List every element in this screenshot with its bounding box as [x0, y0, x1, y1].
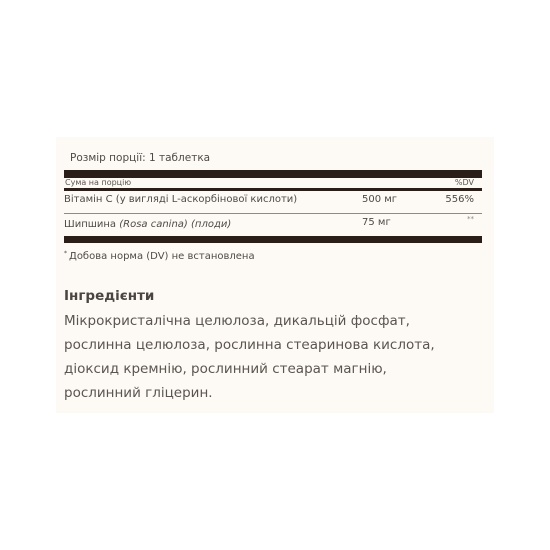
nutrient-name: Вітамін C (у вигляді L-аскорбінової кисл…	[64, 194, 297, 205]
thick-rule	[64, 236, 482, 243]
serving-size: Розмір порції: 1 таблетка	[70, 152, 210, 164]
footnote: *Добова норма (DV) не встановлена	[64, 251, 255, 262]
nutrient-name-latin: (Rosa canina) (плоди)	[119, 219, 231, 230]
thick-rule	[64, 170, 482, 178]
ingredients-line: рослинна целюлоза, рослинна стеаринова к…	[64, 333, 435, 357]
ingredients-line: діоксид кремнію, рослинний стеарат магні…	[64, 357, 435, 381]
nutrient-amount: 75 мг	[362, 217, 391, 228]
row-divider	[64, 213, 482, 214]
nutrient-amount: 500 мг	[362, 194, 397, 205]
ingredients-line: рослинний гліцерин.	[64, 381, 435, 405]
nutrient-name-common: Шипшина	[64, 219, 119, 230]
nutrient-dv: **	[467, 215, 474, 223]
amount-per-serving-header: Сума на порцію	[65, 178, 131, 187]
nutrient-dv: 556%	[445, 194, 474, 205]
dv-header: %DV	[455, 178, 474, 187]
supplement-label-panel: Розмір порції: 1 таблетка Сума на порцію…	[56, 137, 494, 413]
ingredients-line: Мікрокристалічна целюлоза, дикальцій фос…	[64, 309, 435, 333]
ingredients-heading: Інгредієнти	[64, 288, 154, 304]
nutrient-name: Шипшина (Rosa canina) (плоди)	[64, 219, 231, 230]
medium-rule	[64, 188, 482, 191]
footnote-mark: *	[64, 250, 67, 257]
ingredients-list: Мікрокристалічна целюлоза, дикальцій фос…	[64, 309, 435, 405]
footnote-text: Добова норма (DV) не встановлена	[69, 251, 255, 262]
